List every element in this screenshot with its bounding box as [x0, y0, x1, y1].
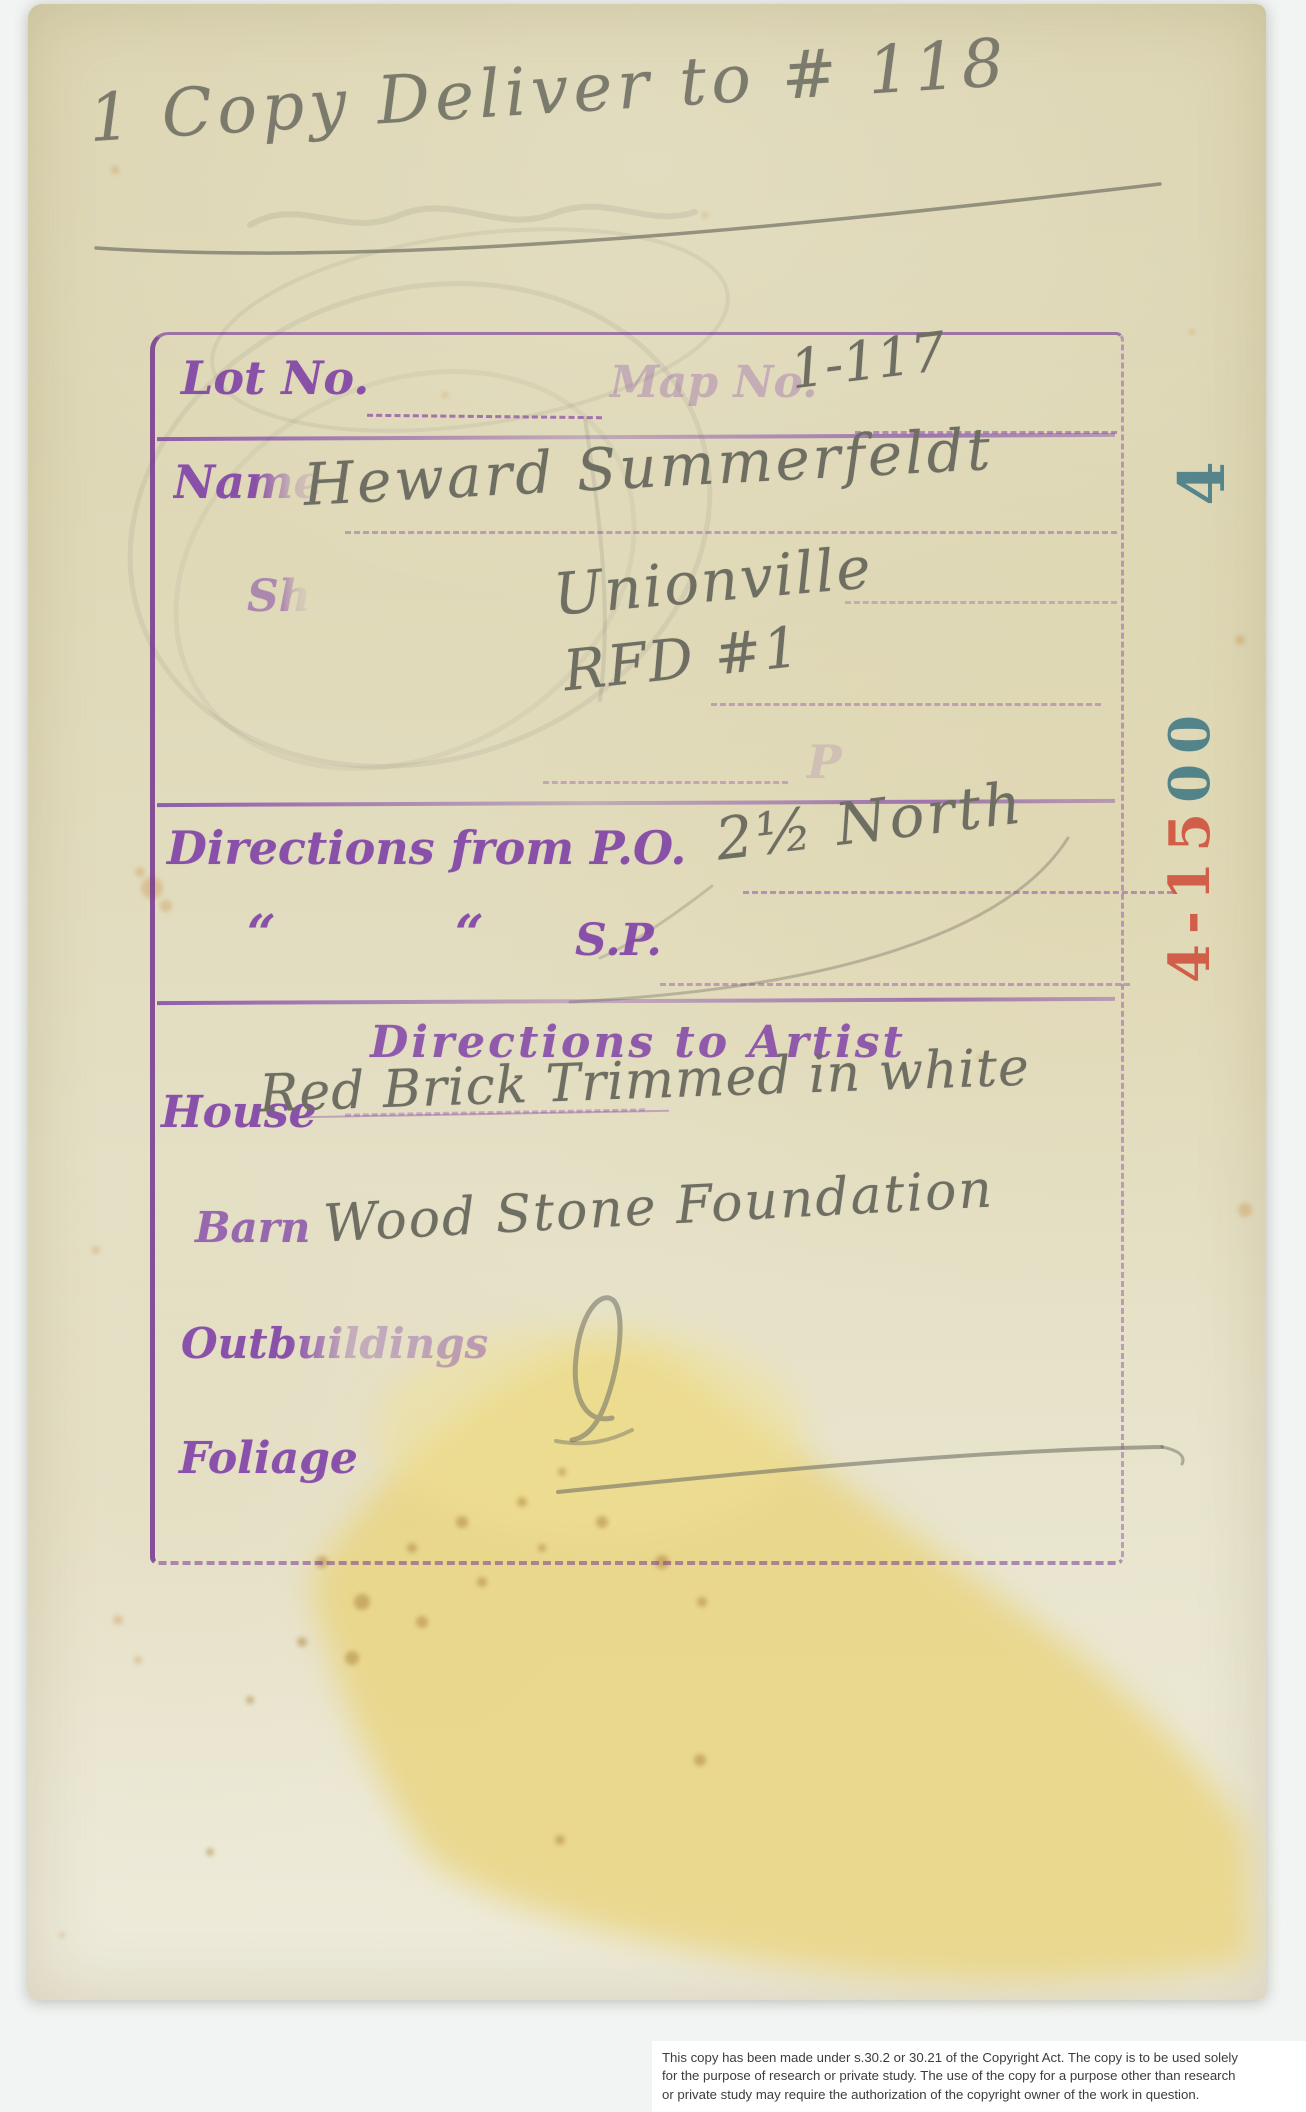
- faint-field-line: [543, 781, 788, 784]
- ditto-mark: “: [247, 903, 276, 962]
- sp-label: S.P.: [575, 915, 662, 966]
- sp-line: [660, 983, 1130, 986]
- outbuildings-label: Outbuildings: [181, 1319, 488, 1368]
- town-value: Unionville: [551, 533, 876, 629]
- scanned-document: { "scan": { "top_note": "1 Copy Deliver …: [0, 0, 1306, 2112]
- map-no-value: 1-117: [787, 320, 949, 402]
- copyright-line: for the purpose of research or private s…: [662, 2067, 1296, 2085]
- barn-label: Barn: [195, 1203, 310, 1252]
- lot-no-label: Lot No.: [181, 351, 369, 405]
- name-line: [345, 531, 1117, 534]
- directions-from-po-label: Directions from P.O.: [167, 821, 686, 875]
- teal-number-stamp: 4: [1165, 461, 1240, 506]
- copyright-line: This copy has been made under s.30.2 or …: [662, 2049, 1296, 2067]
- po-line: [743, 891, 1173, 894]
- negative-number-teal-part: 00: [1157, 705, 1223, 803]
- negative-number-stamp: 4-1500: [1142, 688, 1238, 1000]
- name-value: Heward Summerfeldt: [302, 415, 995, 519]
- rfd-line: [711, 703, 1101, 706]
- ditto-mark: “: [455, 903, 484, 962]
- stamped-form-box: Lot No. Map No. 1-117 Name Heward Summer…: [150, 332, 1124, 1565]
- lot-no-line: [367, 414, 602, 419]
- faint-field-label: P: [807, 735, 842, 789]
- map-no-label: Map No.: [610, 357, 817, 408]
- negative-number-red-part: 4-15: [1157, 803, 1223, 983]
- copyright-notice: This copy has been made under s.30.2 or …: [652, 2041, 1306, 2112]
- barn-value: Wood Stone Foundation: [322, 1159, 995, 1254]
- copyright-line: or private study may require the authori…: [662, 2086, 1296, 2104]
- form-rule: [157, 997, 1115, 1005]
- directions-from-po-value: 2½ North: [712, 768, 1028, 873]
- foliage-label: Foliage: [179, 1433, 358, 1484]
- name-label: Name: [173, 455, 323, 509]
- ship-to-label: Sh: [247, 571, 311, 622]
- rfd-value: RFD #1: [560, 615, 804, 705]
- town-line: [845, 601, 1117, 604]
